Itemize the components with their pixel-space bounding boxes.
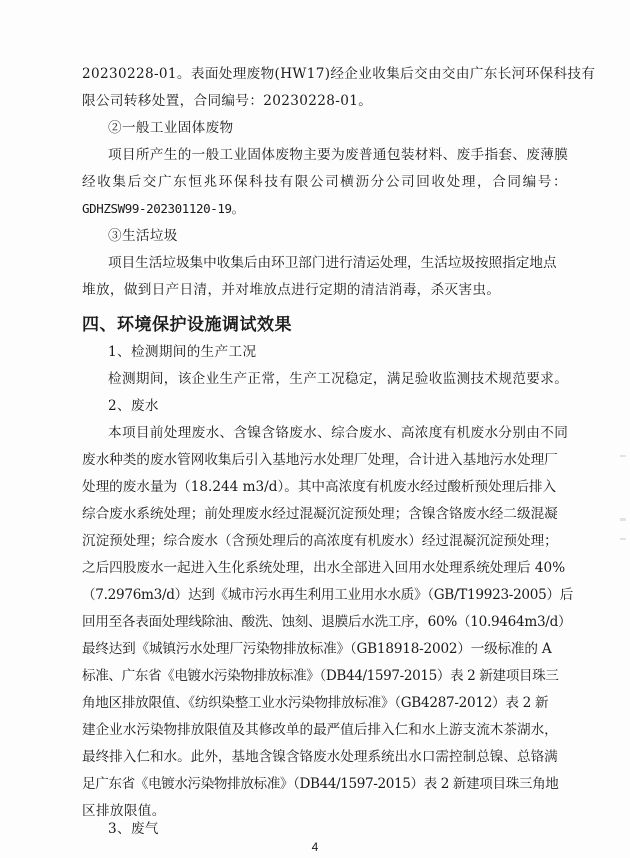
page-number: 4 [0,840,630,854]
paragraph-line: 项目生活垃圾集中收集后由环卫部门进行清运处理，生活垃圾按照指定地点 [108,254,553,272]
paragraph-line: （7.2976m3/d）达到《城市污水再生利用工业用水水质》（GB/T19923… [82,586,527,604]
paragraph-line: 限公司转移处置，合同编号：20230228-01。 [82,92,527,110]
paragraph-line: 20230228-01。表面处理废物(HW17)经企业收集后交由交由广东长河环保… [82,65,527,83]
paragraph-line: 经收集后交广东恒兆环保科技有限公司横沥分公司回收处理，合同编号： [82,173,527,191]
document-page: 20230228-01。表面处理废物(HW17)经企业收集后交由交由广东长河环保… [0,0,630,858]
contract-number: GDHZSW99-202301120-19。 [82,200,527,218]
scan-artifact [620,518,626,521]
paragraph-line: 标准、广东省《电镀水污染物排放标准》（DB44/1597-2015）表 2 新建… [82,667,527,685]
item-title-production-conditions: 1、检测期间的生产工况 [108,343,553,361]
paragraph-line: 本项目前处理废水、含镍含铬废水、综合废水、高浓度有机废水分别由不同 [108,424,553,442]
scan-artifact [620,538,626,540]
paragraph-line: 角地区排放限值、《纺织染整工业水污染物排放标准》（GB4287-2012）表 2… [82,694,527,712]
subsection-title-domestic-garbage: ③生活垃圾 [108,227,553,245]
paragraph-line: 最终达到《城镇污水处理厂污染物排放标准》（GB18918-2002）一级标准的 … [82,640,527,658]
paragraph-line: 回用至各表面处理线除油、酸洗、蚀刻、退膜后水洗工序，60%（10.9464m3/… [82,613,527,631]
item-title-waste-gas: 3、废气 [108,820,553,838]
paragraph-line: 最终排入仁和水。此外，基地含镍含铬废水处理系统出水口需控制总镍、总铬满 [82,748,527,766]
section-heading: 四、环境保护设施调试效果 [82,314,292,336]
scan-artifact [620,455,626,457]
item-title-wastewater: 2、废水 [108,397,553,415]
paragraph-line: 项目所产生的一般工业固体废物主要为废普通包装材料、废手指套、废薄膜 [108,146,553,164]
paragraph-line: 废水种类的废水管网收集后引入基地污水处理厂处理，合计进入基地污水处理厂 [82,451,527,469]
subsection-title-general-solid-waste: ②一般工业固体废物 [108,119,553,137]
paragraph-line: 区排放限值。 [82,802,527,820]
paragraph-line: 堆放，做到日产日清，并对堆放点进行定期的清洁消毒，杀灭害虫。 [82,281,527,299]
paragraph-line: 之后四股废水一起进入生化系统处理，出水全部进入回用水处理系统处理后 40% [82,559,527,577]
paragraph-line: 建企业水污染物排放限值及其修改单的最严值后排入仁和水上游支流木茶湖水， [82,721,527,739]
paragraph-line: 检测期间，该企业生产正常，生产工况稳定，满足验收监测技术规范要求。 [108,370,553,388]
paragraph-line: 处理的废水量为（18.244 m3/d）。其中高浓度有机废水经过酸析预处理后排入 [82,478,527,496]
paragraph-line: 沉淀预处理；综合废水（含预处理后的高浓度有机废水）经过混凝沉淀预处理； [82,532,527,550]
paragraph-line: 综合废水系统处理；前处理废水经过混凝沉淀预处理；含镍含铬废水经二级混凝 [82,505,527,523]
paragraph-line: 足广东省《电镀水污染物排放标准》（DB44/1597-2015）表 2 新建项目… [82,775,527,793]
